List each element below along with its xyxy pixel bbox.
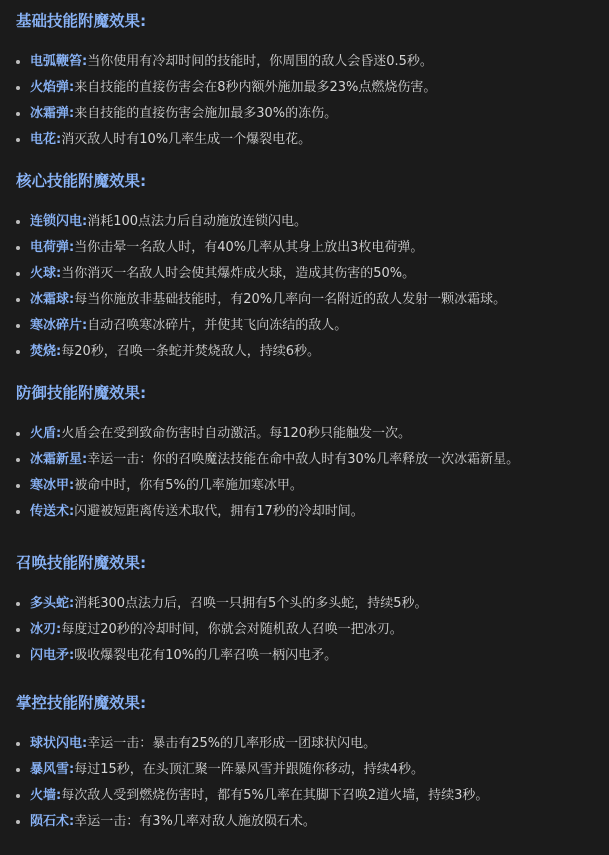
bullet-icon <box>16 628 20 632</box>
item-desc: 闪避被短距离传送术取代，拥有17秒的冷却时间。 <box>74 504 364 519</box>
list-item: 球状闪电:幸运一击：暴击有25%的几率形成一团球状闪电。 <box>16 731 593 757</box>
item-desc: 吸收爆裂电花有10%的几率召唤一柄闪电矛。 <box>74 648 337 663</box>
list-item: 火焰弹:来自技能的直接伤害会在8秒内额外施加最多23%点燃烧伤害。 <box>16 75 593 101</box>
list-item: 焚烧:每20秒，召唤一条蛇并焚烧敌人，持续6秒。 <box>16 339 593 365</box>
section-title: 掌控技能附魔效果: <box>16 688 593 721</box>
section-title: 基础技能附魔效果: <box>16 6 593 39</box>
bullet-icon <box>16 602 20 606</box>
item-name: 冰刃: <box>30 622 61 637</box>
list-item: 闪电矛:吸收爆裂电花有10%的几率召唤一柄闪电矛。 <box>16 643 593 669</box>
bullet-icon <box>16 272 20 276</box>
bullet-icon <box>16 458 20 462</box>
section-title: 核心技能附魔效果: <box>16 166 593 199</box>
bullet-icon <box>16 510 20 514</box>
enchant-list: 火盾:火盾会在受到致命伤害时自动激活。每120秒只能触发一次。 冰霜新星:幸运一… <box>16 421 593 525</box>
bullet-icon <box>16 654 20 658</box>
item-desc: 当你击晕一名敌人时，有40%几率从其身上放出3枚电荷弹。 <box>74 240 423 255</box>
item-name: 寒冰碎片: <box>30 318 87 333</box>
document: 基础技能附魔效果: 电弧鞭笞:当你使用有冷却时间的技能时，你周围的敌人会昏迷0.… <box>0 0 609 855</box>
item-desc: 当你消灭一名敌人时会使其爆炸成火球，造成其伤害的50%。 <box>61 266 415 281</box>
list-item: 传送术:闪避被短距离传送术取代，拥有17秒的冷却时间。 <box>16 499 593 525</box>
section-summoning-skills: 召唤技能附魔效果: 多头蛇:消耗300点法力后，召唤一只拥有5个头的多头蛇，持续… <box>16 548 593 688</box>
list-item: 火墙:每次敌人受到燃烧伤害时，都有5%几率在其脚下召唤2道火墙，持续3秒。 <box>16 783 593 809</box>
item-desc: 每当你施放非基础技能时，有20%几率向一名附近的敌人发射一颗冰霜球。 <box>74 292 506 307</box>
item-desc: 消灭敌人时有10%几率生成一个爆裂电花。 <box>61 132 311 147</box>
bullet-icon <box>16 768 20 772</box>
item-desc: 来自技能的直接伤害会施加最多30%的冻伤。 <box>74 106 337 121</box>
item-desc: 被命中时，你有5%的几率施加寒冰甲。 <box>74 478 303 493</box>
list-item: 寒冰碎片:自动召唤寒冰碎片，并使其飞向冻结的敌人。 <box>16 313 593 339</box>
list-item: 冰霜新星:幸运一击：你的召唤魔法技能在命中敌人时有30%几率释放一次冰霜新星。 <box>16 447 593 473</box>
item-name: 球状闪电: <box>30 736 87 751</box>
item-desc: 火盾会在受到致命伤害时自动激活。每120秒只能触发一次。 <box>61 426 411 441</box>
list-item: 冰刃:每度过20秒的冷却时间，你就会对随机敌人召唤一把冰刃。 <box>16 617 593 643</box>
item-desc: 来自技能的直接伤害会在8秒内额外施加最多23%点燃烧伤害。 <box>74 80 436 95</box>
item-name: 暴风雪: <box>30 762 74 777</box>
item-desc: 每过15秒，在头顶汇聚一阵暴风雪并跟随你移动，持续4秒。 <box>74 762 424 777</box>
enchant-list: 连锁闪电:消耗100点法力后自动施放连锁闪电。 电荷弹:当你击晕一名敌人时，有4… <box>16 209 593 365</box>
bullet-icon <box>16 432 20 436</box>
bullet-icon <box>16 86 20 90</box>
list-item: 电花:消灭敌人时有10%几率生成一个爆裂电花。 <box>16 127 593 153</box>
bullet-icon <box>16 220 20 224</box>
section-defensive-skills: 防御技能附魔效果: 火盾:火盾会在受到致命伤害时自动激活。每120秒只能触发一次… <box>16 378 593 548</box>
item-name: 火墙: <box>30 788 61 803</box>
item-name: 冰霜弹: <box>30 106 74 121</box>
item-desc: 幸运一击：有3%几率对敌人施放陨石术。 <box>74 814 316 829</box>
bullet-icon <box>16 60 20 64</box>
enchant-list: 球状闪电:幸运一击：暴击有25%的几率形成一团球状闪电。 暴风雪:每过15秒，在… <box>16 731 593 835</box>
item-name: 电弧鞭笞: <box>30 54 87 69</box>
list-item: 火球:当你消灭一名敌人时会使其爆炸成火球，造成其伤害的50%。 <box>16 261 593 287</box>
bullet-icon <box>16 138 20 142</box>
list-item: 陨石术:幸运一击：有3%几率对敌人施放陨石术。 <box>16 809 593 835</box>
list-item: 暴风雪:每过15秒，在头顶汇聚一阵暴风雪并跟随你移动，持续4秒。 <box>16 757 593 783</box>
item-desc: 每次敌人受到燃烧伤害时，都有5%几率在其脚下召唤2道火墙，持续3秒。 <box>61 788 488 803</box>
section-mastery-skills: 掌控技能附魔效果: 球状闪电:幸运一击：暴击有25%的几率形成一团球状闪电。 暴… <box>16 688 593 855</box>
item-name: 火焰弹: <box>30 80 74 95</box>
bullet-icon <box>16 324 20 328</box>
bullet-icon <box>16 298 20 302</box>
item-name: 传送术: <box>30 504 74 519</box>
item-name: 陨石术: <box>30 814 74 829</box>
item-name: 火盾: <box>30 426 61 441</box>
item-desc: 当你使用有冷却时间的技能时，你周围的敌人会昏迷0.5秒。 <box>87 54 433 69</box>
bullet-icon <box>16 350 20 354</box>
list-item: 冰霜球:每当你施放非基础技能时，有20%几率向一名附近的敌人发射一颗冰霜球。 <box>16 287 593 313</box>
item-name: 连锁闪电: <box>30 214 87 229</box>
bullet-icon <box>16 794 20 798</box>
item-name: 火球: <box>30 266 61 281</box>
list-item: 冰霜弹:来自技能的直接伤害会施加最多30%的冻伤。 <box>16 101 593 127</box>
section-title: 召唤技能附魔效果: <box>16 548 593 581</box>
item-name: 电荷弹: <box>30 240 74 255</box>
item-name: 多头蛇: <box>30 596 74 611</box>
section-title: 防御技能附魔效果: <box>16 378 593 411</box>
item-name: 焚烧: <box>30 344 61 359</box>
list-item: 电弧鞭笞:当你使用有冷却时间的技能时，你周围的敌人会昏迷0.5秒。 <box>16 49 593 75</box>
list-item: 火盾:火盾会在受到致命伤害时自动激活。每120秒只能触发一次。 <box>16 421 593 447</box>
bullet-icon <box>16 484 20 488</box>
item-name: 闪电矛: <box>30 648 74 663</box>
item-name: 冰霜球: <box>30 292 74 307</box>
bullet-icon <box>16 246 20 250</box>
list-item: 寒冰甲:被命中时，你有5%的几率施加寒冰甲。 <box>16 473 593 499</box>
item-desc: 自动召唤寒冰碎片，并使其飞向冻结的敌人。 <box>87 318 347 333</box>
item-desc: 幸运一击：你的召唤魔法技能在命中敌人时有30%几率释放一次冰霜新星。 <box>87 452 519 467</box>
section-basic-skills: 基础技能附魔效果: 电弧鞭笞:当你使用有冷却时间的技能时，你周围的敌人会昏迷0.… <box>16 6 593 166</box>
list-item: 电荷弹:当你击晕一名敌人时，有40%几率从其身上放出3枚电荷弹。 <box>16 235 593 261</box>
item-desc: 每20秒，召唤一条蛇并焚烧敌人，持续6秒。 <box>61 344 320 359</box>
enchant-list: 电弧鞭笞:当你使用有冷却时间的技能时，你周围的敌人会昏迷0.5秒。 火焰弹:来自… <box>16 49 593 153</box>
bullet-icon <box>16 820 20 824</box>
list-item: 连锁闪电:消耗100点法力后自动施放连锁闪电。 <box>16 209 593 235</box>
list-item: 多头蛇:消耗300点法力后，召唤一只拥有5个头的多头蛇，持续5秒。 <box>16 591 593 617</box>
item-desc: 幸运一击：暴击有25%的几率形成一团球状闪电。 <box>87 736 376 751</box>
item-desc: 每度过20秒的冷却时间，你就会对随机敌人召唤一把冰刃。 <box>61 622 403 637</box>
bullet-icon <box>16 742 20 746</box>
bullet-icon <box>16 112 20 116</box>
item-name: 寒冰甲: <box>30 478 74 493</box>
item-desc: 消耗100点法力后自动施放连锁闪电。 <box>87 214 307 229</box>
section-core-skills: 核心技能附魔效果: 连锁闪电:消耗100点法力后自动施放连锁闪电。 电荷弹:当你… <box>16 166 593 378</box>
item-name: 冰霜新星: <box>30 452 87 467</box>
item-name: 电花: <box>30 132 61 147</box>
item-desc: 消耗300点法力后，召唤一只拥有5个头的多头蛇，持续5秒。 <box>74 596 427 611</box>
enchant-list: 多头蛇:消耗300点法力后，召唤一只拥有5个头的多头蛇，持续5秒。 冰刃:每度过… <box>16 591 593 669</box>
